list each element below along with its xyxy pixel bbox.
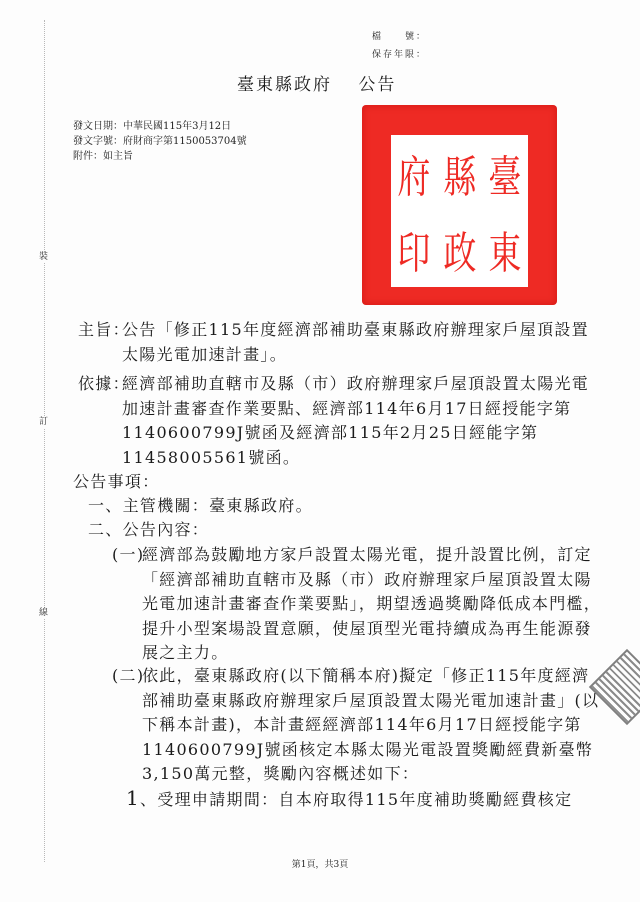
issue-doc-number: 發文字號：府財商字第1150053704號 bbox=[73, 135, 247, 149]
file-number-label: 檔 號： bbox=[372, 29, 427, 42]
page-title: 臺東縣政府 公告 bbox=[237, 70, 396, 95]
content-sub-2: (二) 依此，臺東縣政府(以下簡稱本府)擬定「修正115年度經濟部補助臺東縣政府… bbox=[112, 664, 602, 787]
sub-2-text: 依此，臺東縣政府(以下簡稱本府)擬定「修正115年度經濟部補助臺東縣政府辦理家戶… bbox=[142, 664, 602, 787]
seal-char: 府 bbox=[397, 135, 431, 211]
point-1-text: 、受理申請期間：自本府取得115年度補助獎勵經費核定 bbox=[140, 790, 572, 809]
binding-mark-ding: 訂 bbox=[39, 417, 48, 428]
sub-1-label: (一) bbox=[112, 543, 144, 568]
attachment-note: 附件：如主旨 bbox=[73, 150, 133, 164]
content-sub-1: (一) 經濟部為鼓勵地方家戶設置太陽光電，提升設置比例，訂定「經濟部補助直轄市及… bbox=[112, 543, 602, 666]
subject-label: 主旨： bbox=[78, 318, 130, 343]
basis-text: 經濟部補助直轄市及縣（市）政府辦理家戶屋頂設置太陽光電加速計畫審查作業要點、經濟… bbox=[122, 372, 598, 470]
seal-char: 政 bbox=[442, 211, 476, 287]
issue-date: 發文日期：中華民國115年3月12日 bbox=[73, 120, 231, 134]
basis-section: 依據： 經濟部補助直轄市及縣（市）政府辦理家戶屋頂設置太陽光電加速計畫審查作業要… bbox=[78, 372, 598, 470]
subject-section: 主旨： 公告「修正115年度經濟部補助臺東縣政府辦理家戶屋頂設置太陽光電加速計畫… bbox=[78, 318, 598, 367]
announcement-item-2: 二、公告內容： bbox=[88, 518, 209, 543]
retention-period-label: 保存年限： bbox=[372, 47, 427, 60]
seal-char: 印 bbox=[397, 211, 431, 287]
basis-label: 依據： bbox=[78, 372, 130, 397]
seal-inner: 臺 東 縣 政 府 印 bbox=[391, 135, 528, 287]
point-1-label: 1 bbox=[126, 786, 140, 810]
seal-char: 東 bbox=[488, 211, 522, 287]
seal-char: 臺 bbox=[488, 135, 522, 211]
binding-line bbox=[44, 20, 45, 862]
content-point-1: 1、受理申請期間：自本府取得115年度補助獎勵經費核定 bbox=[126, 786, 606, 813]
seal-char: 縣 bbox=[442, 135, 476, 211]
sub-1-text: 經濟部為鼓勵地方家戶設置太陽光電，提升設置比例，訂定「經濟部補助直轄市及縣（市）… bbox=[142, 543, 602, 666]
binding-mark-zhuang: 裝 bbox=[39, 252, 48, 263]
announcement-item-1: 一、主管機關：臺東縣政府。 bbox=[88, 494, 313, 519]
official-seal: 臺 東 縣 政 府 印 bbox=[362, 105, 557, 305]
sub-2-label: (二) bbox=[112, 664, 144, 689]
page-number: 第1頁，共3頁 bbox=[0, 857, 640, 870]
announcement-heading: 公告事項： bbox=[73, 470, 160, 495]
subject-text: 公告「修正115年度經濟部補助臺東縣政府辦理家戶屋頂設置太陽光電加速計畫」。 bbox=[122, 318, 598, 367]
binding-mark-xian: 線 bbox=[39, 608, 48, 619]
